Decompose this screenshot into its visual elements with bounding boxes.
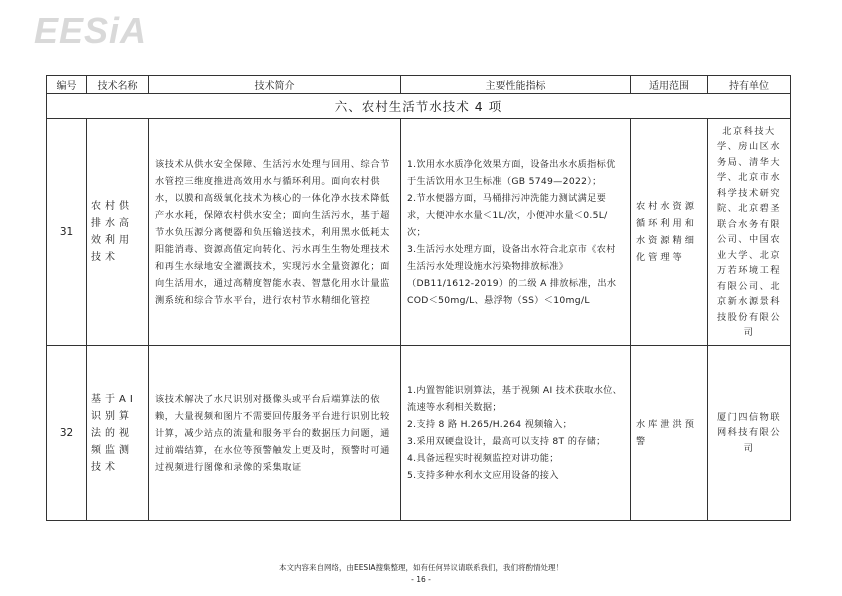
- performance-item: 3.生活污水处理方面，设备出水符合北京市《农村生活污水处理设施水污染物排放标准》…: [407, 241, 624, 309]
- row-performance: 1.内置智能识别算法，基于视频 AI 技术获取水位、流速等水利相关数据； 2.支…: [401, 346, 631, 521]
- row-owner: 厦门四信物联网科技有限公司: [708, 346, 791, 521]
- row-tech-name: 农村供排水高效利用技术: [87, 119, 149, 346]
- table-row: 31 农村供排水高效利用技术 该技术从供水安全保障、生活污水处理与回用、综合节水…: [47, 119, 791, 346]
- header-no: 编号: [47, 76, 87, 94]
- header-intro: 技术简介: [149, 76, 401, 94]
- performance-item: 1.内置智能识别算法，基于视频 AI 技术获取水位、流速等水利相关数据；: [407, 382, 624, 416]
- performance-item: 4.具备远程实时视频监控对讲功能；: [407, 450, 624, 467]
- table-header-row: 编号 技术名称 技术简介 主要性能指标 适用范围 持有单位: [47, 76, 791, 94]
- section-title: 六、农村生活节水技术 4 项: [47, 94, 791, 119]
- table-row: 32 基于AI识别算法的视频监测技术 该技术解决了水尺识别对摄像头或平台后端算法…: [47, 346, 791, 521]
- header-performance: 主要性能指标: [401, 76, 631, 94]
- row-intro: 该技术从供水安全保障、生活污水处理与回用、综合节水管控三维度推进高效用水与循环利…: [149, 119, 401, 346]
- row-no: 31: [47, 119, 87, 346]
- row-scope: 水库泄洪预警: [631, 346, 708, 521]
- header-scope: 适用范围: [631, 76, 708, 94]
- performance-item: 2.支持 8 路 H.265/H.264 视频输入；: [407, 416, 624, 433]
- row-intro: 该技术解决了水尺识别对摄像头或平台后端算法的依赖，大量视频和图片不需要回传服务平…: [149, 346, 401, 521]
- row-owner: 北京科技大学、房山区水务局、清华大学、北京市水科学技术研究院、北京碧圣联合水务有…: [708, 119, 791, 346]
- section-row: 六、农村生活节水技术 4 项: [47, 94, 791, 119]
- row-scope: 农村水资源循环利用和水资源精细化管理等: [631, 119, 708, 346]
- technology-table: 编号 技术名称 技术简介 主要性能指标 适用范围 持有单位 六、农村生活节水技术…: [46, 75, 791, 521]
- eesia-watermark-logo: EESiA: [34, 10, 147, 52]
- performance-item: 3.采用双硬盘设计，最高可以支持 8T 的存储；: [407, 433, 624, 450]
- row-performance: 1.饮用水水质净化效果方面，设备出水水质指标优于生活饮用水卫生标准（GB 574…: [401, 119, 631, 346]
- performance-item: 1.饮用水水质净化效果方面，设备出水水质指标优于生活饮用水卫生标准（GB 574…: [407, 156, 624, 190]
- page-number: - 16 -: [0, 575, 842, 584]
- performance-item: 2.节水便器方面，马桶排污冲洗能力测试满足要求，大便冲水水量＜1L/次，小便冲水…: [407, 190, 624, 241]
- row-tech-name: 基于AI识别算法的视频监测技术: [87, 346, 149, 521]
- header-owner: 持有单位: [708, 76, 791, 94]
- row-no: 32: [47, 346, 87, 521]
- footer-notice: 本文内容来自网络，由EESIA搜集整理，如有任何异议请联系我们，我们将酌情处理！: [0, 562, 842, 573]
- performance-item: 5.支持多种水利水文应用设备的接入: [407, 467, 624, 484]
- header-name: 技术名称: [87, 76, 149, 94]
